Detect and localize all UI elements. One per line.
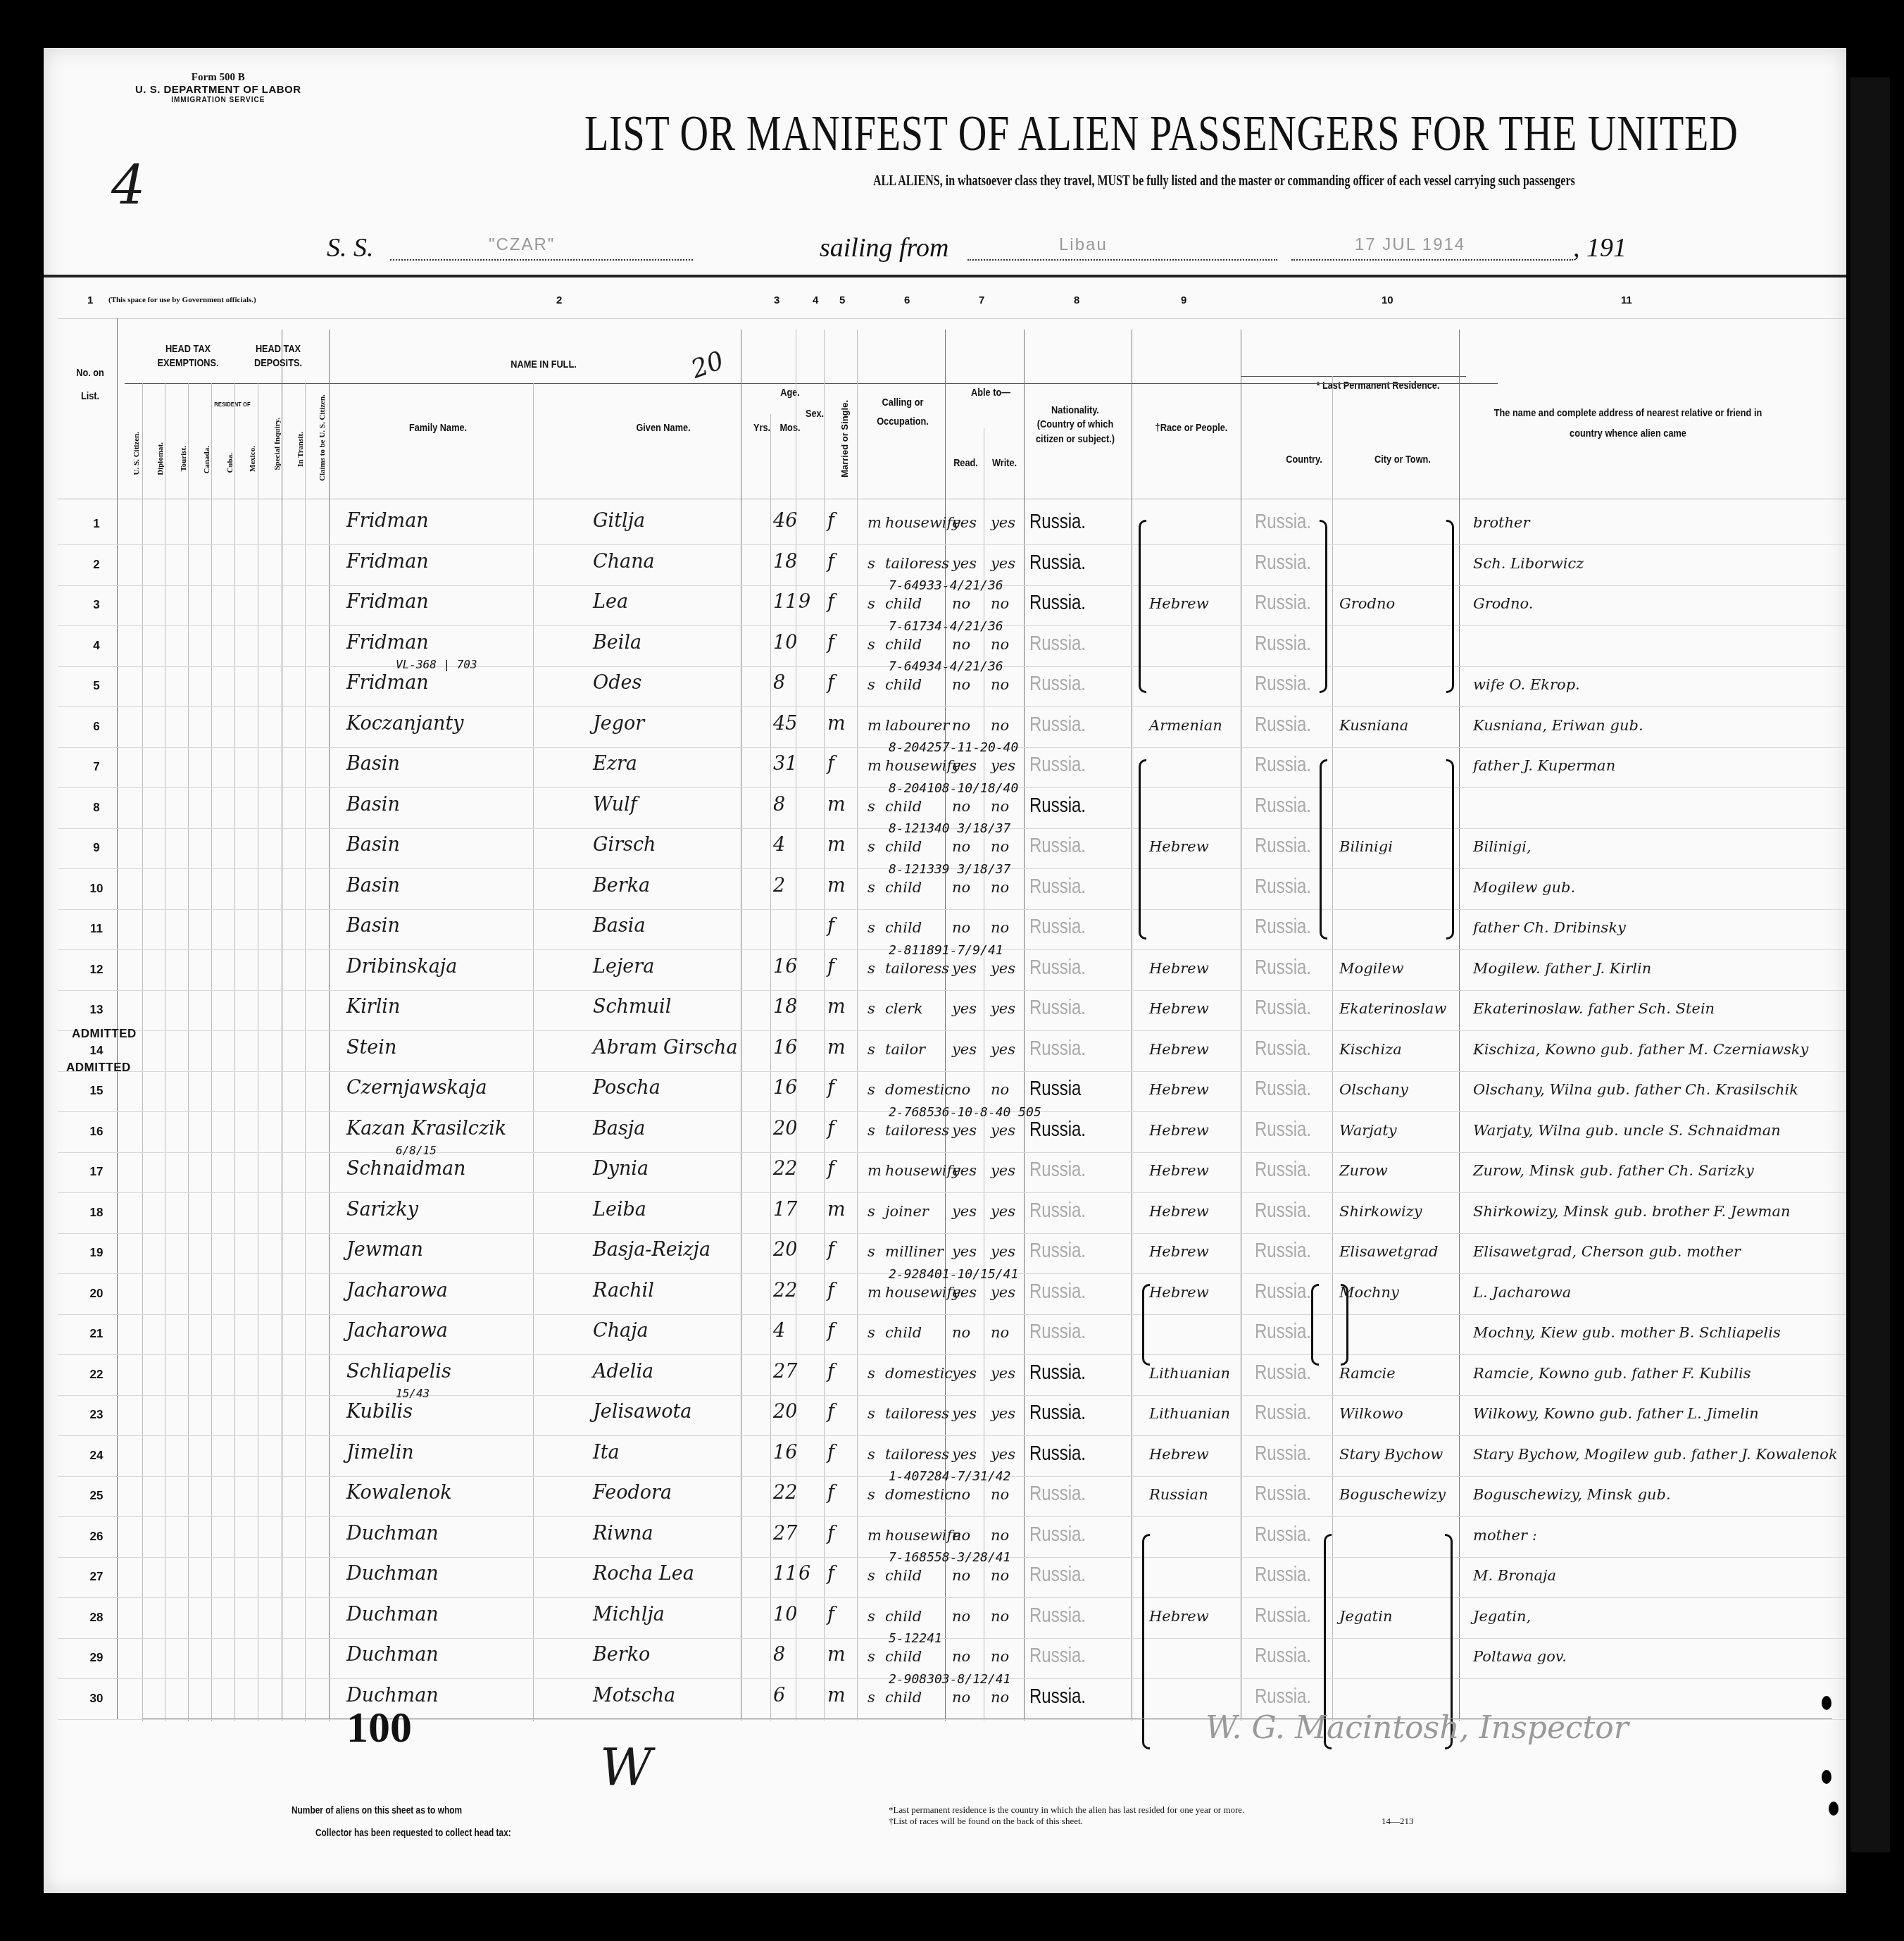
form-code: 14—213 (1382, 1816, 1414, 1827)
cell-nat: Russia. (1029, 591, 1086, 615)
cell-given: Odes (593, 672, 641, 694)
cell-read: yes (952, 1365, 977, 1382)
cell-given: Chana (593, 551, 655, 573)
cell-occ: tailoress (885, 1446, 949, 1463)
cell-sex: f (827, 551, 834, 573)
cell-city: Zurow (1339, 1162, 1388, 1179)
cell-no: 10 (82, 882, 111, 896)
cell-nat: Russia. (1029, 713, 1086, 737)
cell-annotation: 7-64933-4/21/36 (889, 578, 1003, 593)
header-claims-us-citizen: Claims to be U. S. Citizen. (318, 414, 327, 481)
cell-sex: f (827, 1280, 834, 1302)
cell-country: Russia. (1255, 996, 1311, 1020)
cell-occ: child (885, 1324, 922, 1341)
cell-sex: f (827, 1563, 834, 1585)
cell-yrs: 16 (773, 1077, 797, 1099)
cell-sex: m (827, 834, 846, 856)
cell-no: 5 (82, 679, 111, 693)
cell-nat: Russia. (1029, 1604, 1086, 1628)
cell-read: no (952, 676, 970, 693)
cell-family: Kubilis (346, 1401, 413, 1423)
cell-write: no (991, 838, 1009, 855)
cell-write: yes (991, 960, 1015, 977)
cell-yrs: 2 (773, 875, 785, 897)
cell-relative: Shirkowizy, Minsk gub. brother F. Jewman (1473, 1203, 1791, 1220)
cell-no: 26 (82, 1530, 111, 1544)
cell-sex: m (827, 1199, 846, 1221)
header-tourist: Tourist. (180, 446, 188, 472)
cell-country: Russia. (1255, 713, 1311, 737)
initials-mark: W (600, 1738, 652, 1797)
cell-write: yes (991, 1365, 1015, 1382)
cell-annotation: 2-908303-8/12/41 (889, 1672, 1010, 1687)
cell-race: Lithuanian (1149, 1405, 1230, 1422)
cell-write: no (991, 919, 1009, 936)
cell-city: Kusniana (1339, 717, 1408, 734)
cell-relative: father Ch. Dribinsky (1473, 919, 1626, 936)
cell-read: no (952, 1567, 970, 1584)
admitted-stamp-14: ADMITTED (72, 1027, 137, 1041)
cell-race: Hebrew (1149, 1608, 1209, 1625)
cell-city: Warjaty (1339, 1122, 1397, 1139)
cell-nat: Russia. (1029, 1644, 1086, 1668)
cell-given: Ezra (593, 753, 637, 775)
cell-sex: f (827, 1158, 834, 1180)
cell-ms: s (868, 636, 875, 653)
header-city: City or Town. (1361, 453, 1445, 467)
cell-read: yes (952, 1000, 977, 1017)
cell-relative: Olschany, Wilna gub. father Ch. Krasilsc… (1473, 1081, 1798, 1098)
cell-ms: s (868, 1081, 875, 1098)
cell-nat: Russia. (1029, 632, 1086, 656)
cell-no: 6 (82, 720, 111, 734)
table-row: 22SchliapelisAdelia27fsdomesticyesyesRus… (44, 1356, 1846, 1396)
cell-nat: Russia (1029, 1077, 1081, 1101)
cell-write: no (991, 595, 1009, 612)
cell-family: Jewman (346, 1239, 423, 1261)
cell-relative: L. Jacharowa (1473, 1284, 1571, 1301)
cell-given: Leiba (593, 1199, 646, 1221)
footnote-races: †List of races will be found on the back… (889, 1816, 1083, 1827)
cell-annotation: 7-168558-3/28/41 (889, 1550, 1010, 1565)
cell-nat: Russia. (1029, 1320, 1086, 1344)
cell-ms: m (868, 514, 882, 531)
cell-sex: m (827, 1644, 846, 1666)
cell-sex: f (827, 1077, 834, 1099)
cell-sex: m (827, 1685, 846, 1706)
cell-relative: Elisawetgrad, Cherson gub. mother (1473, 1243, 1741, 1260)
cell-yrs: 20 (773, 1401, 797, 1423)
table-row: 1FridmanGitlja46fmhousewifeyesyesRussia.… (44, 506, 1846, 545)
cell-yrs: 6 (773, 1685, 785, 1706)
cell-no: 28 (82, 1611, 111, 1625)
cell-sex: m (827, 996, 846, 1018)
cell-city: Boguschewizy (1339, 1486, 1446, 1503)
sailing-line: S. S. "CZAR" sailing from Libau 17 JUL 1… (327, 232, 1841, 266)
cell-relative: Kischiza, Kowno gub. father M. Czerniaws… (1473, 1041, 1808, 1058)
date-stamp: 17 JUL 1914 (1355, 235, 1465, 255)
ss-label: S. S. (327, 232, 374, 263)
total-mark: 100 (346, 1703, 412, 1753)
cell-no: 4 (82, 639, 111, 653)
cell-sex: f (827, 632, 834, 654)
cell-write: no (991, 798, 1009, 815)
header-mos: Mos. (778, 421, 802, 435)
cell-no: 12 (82, 963, 111, 977)
table-row: 23KubilisJelisawota20fstailoressyesyesRu… (44, 1397, 1846, 1436)
cell-ms: s (868, 1324, 875, 1341)
cell-relative: brother (1473, 514, 1530, 531)
cell-family: Basin (346, 875, 400, 897)
cell-race: Hebrew (1149, 1446, 1209, 1463)
cell-given: Michlja (593, 1604, 665, 1625)
cell-family: Sarizky (346, 1199, 418, 1221)
cell-nat: Russia. (1029, 551, 1086, 575)
cell-relative: Zurow, Minsk gub. father Ch. Sarizky (1473, 1162, 1754, 1179)
cell-annotation: 2-928401-10/15/41 (889, 1267, 1018, 1282)
cell-given: Ita (593, 1442, 620, 1463)
cell-yrs: 18 (773, 551, 797, 573)
cell-nat: Russia. (1029, 1442, 1086, 1466)
cell-yrs: 10 (773, 632, 797, 654)
cell-country: Russia. (1255, 956, 1311, 980)
cell-read: yes (952, 1041, 977, 1058)
header-sex: Sex. (803, 407, 827, 421)
form-number: Form 500 B (135, 72, 301, 84)
header-race: †Race or People. (1150, 421, 1234, 435)
cell-country: Russia. (1255, 1644, 1311, 1668)
punch-hole (1822, 1696, 1831, 1710)
government-use-note: (This space for use by Government offici… (108, 296, 256, 304)
cell-ms: s (868, 1689, 875, 1706)
cell-city: Grodno (1339, 595, 1395, 612)
cell-country: Russia. (1255, 875, 1311, 899)
cell-city: Kischiza (1339, 1041, 1402, 1058)
cell-nat: Russia. (1029, 996, 1086, 1020)
cell-ms: s (868, 1243, 875, 1260)
cell-country: Russia. (1255, 1037, 1311, 1061)
cell-given: Berko (593, 1644, 650, 1666)
cell-side-note: 6/8/15 (396, 1144, 437, 1157)
cell-yrs: 18 (773, 996, 797, 1018)
brace-race-group-1 (1139, 520, 1146, 693)
cell-relative: Grodno. (1473, 595, 1533, 612)
cell-country: Russia. (1255, 1523, 1311, 1547)
table-row: 13KirlinSchmuil18msclerkyesyesRussia.Heb… (44, 992, 1846, 1031)
header-canada: Canada. (203, 446, 211, 473)
cell-write: yes (991, 1000, 1015, 1017)
header-country: Country. (1268, 453, 1340, 467)
cell-read: no (952, 717, 970, 734)
cell-ms: s (868, 838, 875, 855)
cell-ms: s (868, 1000, 875, 1017)
cell-nat: Russia. (1029, 1239, 1086, 1263)
cell-race: Hebrew (1149, 1081, 1209, 1098)
cell-yrs: 10 (773, 1604, 797, 1625)
cell-given: Rachil (593, 1280, 654, 1302)
cell-yrs: 16 (773, 1442, 797, 1463)
cell-country: Russia. (1255, 672, 1311, 696)
cell-no: 15 (82, 1084, 111, 1098)
cell-nat: Russia. (1029, 875, 1086, 899)
cell-family: Fridman (346, 551, 429, 573)
cell-read: yes (952, 555, 977, 572)
head-tax-note-line2: Collector has been requested to collect … (315, 1827, 511, 1838)
cell-occ: tailoress (885, 1122, 949, 1139)
cell-write: no (991, 717, 1009, 734)
header-cuba: Cuba. (226, 453, 234, 473)
ship-name: "CZAR" (489, 235, 555, 255)
cell-annotation: 8-204257-11-20-40 (889, 740, 1018, 755)
cell-country: Russia. (1255, 632, 1311, 656)
cell-sex: f (827, 1482, 834, 1504)
cell-ms: s (868, 1446, 875, 1463)
cell-family: Duchman (346, 1604, 439, 1625)
header-divider (44, 275, 1846, 277)
cell-occ: domestic (885, 1081, 953, 1098)
cell-race: Hebrew (1149, 1122, 1209, 1139)
cell-given: Jegor (593, 713, 644, 735)
cell-read: no (952, 879, 970, 896)
cell-write: yes (991, 757, 1015, 774)
cell-occ: child (885, 838, 922, 855)
cell-write: yes (991, 555, 1015, 572)
header-us-citizen: U. S. Citizen. (132, 432, 141, 475)
cell-annotation: 7-64934-4/21/36 (889, 659, 1003, 674)
cell-country: Russia. (1255, 794, 1311, 818)
cell-yrs: 16 (773, 1037, 797, 1059)
cell-given: Girsch (593, 834, 656, 856)
cell-country: Russia. (1255, 591, 1311, 615)
cell-family: Duchman (346, 1563, 439, 1585)
cell-yrs: 11 (773, 591, 797, 613)
cell-occ: child (885, 879, 922, 896)
header-nationality: Nationality. (Country of which citizen o… (1034, 404, 1117, 447)
cell-read: yes (952, 1162, 977, 1179)
cell-write: yes (991, 1284, 1015, 1301)
cell-ms: s (868, 1405, 875, 1422)
cell-occ: child (885, 1567, 922, 1584)
cell-occ: tailoress (885, 960, 949, 977)
cell-city: Elisawetgrad (1339, 1243, 1438, 1260)
cell-sex: f (827, 510, 834, 532)
cell-family: Jimelin (346, 1442, 414, 1463)
cell-ms: m (868, 1527, 882, 1544)
cell-country: Russia. (1255, 1442, 1311, 1466)
cell-write: yes (991, 1446, 1015, 1463)
cell-given: Gitlja (593, 510, 645, 532)
cell-no: 11 (82, 922, 111, 936)
cell-country: Russia. (1255, 753, 1311, 777)
cell-write: yes (991, 1041, 1015, 1058)
cell-race: Armenian (1149, 717, 1222, 734)
cell-no: 2 (82, 558, 111, 572)
cell-read: yes (952, 514, 977, 531)
brace-city-group-1 (1446, 520, 1454, 693)
cell-occ: child (885, 919, 922, 936)
cell-yrs: 45 (773, 713, 797, 735)
cell-family: Kirlin (346, 996, 400, 1018)
header-write: Write. (988, 456, 1021, 470)
brace-city-group-3-left (1311, 1284, 1319, 1366)
brace-race-group-4 (1142, 1534, 1150, 1749)
header-last-residence: * Last Permanent Residence. (1303, 379, 1453, 393)
cell-yrs: 31 (773, 753, 797, 775)
cell-family: Fridman (346, 632, 429, 654)
page-title: LIST OR MANIFEST OF ALIEN PASSENGERS FOR… (584, 104, 1738, 163)
cell-family: Schliapelis (346, 1361, 451, 1383)
punch-hole (1829, 1802, 1839, 1816)
cell-annotation: 2-811891-7/9/41 (889, 943, 1003, 958)
cell-nat: Russia. (1029, 1118, 1086, 1142)
cell-write: no (991, 676, 1009, 693)
header-read: Read. (949, 456, 982, 470)
cell-no: 7 (82, 760, 111, 774)
scan-border (1850, 77, 1890, 1852)
cell-read: no (952, 636, 970, 653)
header-name-in-full: NAME IN FULL. (454, 358, 634, 372)
table-row: 17SchnaidmanDynia22fmhousewifeyesyesRuss… (44, 1154, 1846, 1193)
cell-ms: s (868, 1365, 875, 1382)
cell-nat: Russia. (1029, 1482, 1086, 1506)
cell-read: no (952, 595, 970, 612)
cell-sex: f (827, 591, 834, 613)
form-identifier: Form 500 B U. S. DEPARTMENT OF LABOR IMM… (135, 72, 301, 104)
cell-relative: Warjaty, Wilna gub. uncle S. Schnaidman (1473, 1122, 1781, 1139)
cell-write: no (991, 1648, 1009, 1665)
cell-relative: Bilinigi, (1473, 838, 1532, 855)
cell-yrs: 16 (773, 956, 797, 978)
cell-given: Rocha Lea (593, 1563, 694, 1585)
cell-sex: f (827, 672, 834, 694)
cell-mos: 9 (798, 591, 810, 613)
cell-no: 1 (82, 517, 111, 531)
cell-nat: Russia. (1029, 915, 1086, 939)
cell-ms: s (868, 919, 875, 936)
cell-race: Hebrew (1149, 838, 1209, 855)
cell-no: 30 (82, 1692, 111, 1706)
cell-no: 21 (82, 1327, 111, 1341)
cell-occ: child (885, 1608, 922, 1625)
cell-annotation: 8-121340 3/18/37 (889, 821, 1010, 836)
cell-relative: Kusniana, Eriwan gub. (1473, 717, 1643, 734)
cell-family: Duchman (346, 1523, 439, 1544)
date-underline (1291, 259, 1573, 261)
cell-ms: s (868, 595, 875, 612)
cell-relative: Boguschewizy, Minsk gub. (1473, 1486, 1671, 1503)
cell-relative: Mogilew. father J. Kirlin (1473, 960, 1651, 977)
cell-nat: Russia. (1029, 1563, 1086, 1587)
cell-read: yes (952, 1446, 977, 1463)
cell-country: Russia. (1255, 1077, 1311, 1101)
table-row: 12DribinskajaLejera16fstailoressyesyesRu… (44, 951, 1846, 991)
brace-city-group-2 (1446, 759, 1454, 940)
cell-read: yes (952, 1243, 977, 1260)
cell-no: 3 (82, 598, 111, 612)
cell-nat: Russia. (1029, 956, 1086, 980)
cell-given: Lejera (593, 956, 654, 978)
cell-ms: s (868, 879, 875, 896)
cell-family: Kazan Krasilczik (346, 1118, 506, 1140)
cell-write: yes (991, 1122, 1015, 1139)
cell-occ: housewife (885, 1284, 961, 1301)
brace-country-group-1 (1320, 520, 1327, 693)
cell-sex: f (827, 753, 834, 775)
cell-no: 25 (82, 1489, 111, 1503)
table-row: 20JacharowaRachil22fmhousewifeyesyesRuss… (44, 1275, 1846, 1315)
table-row: 21JacharowaChaja4fschildnonoRussia.Russi… (44, 1316, 1846, 1355)
cell-city: Wilkowo (1339, 1405, 1403, 1422)
cell-occ: labourer (885, 717, 949, 734)
header-calling: Calling or Occupation. (873, 393, 933, 431)
cell-sex: f (827, 1604, 834, 1625)
cell-ms: s (868, 676, 875, 693)
cell-city: Mogilew (1339, 960, 1403, 977)
cell-write: yes (991, 1243, 1015, 1260)
header-annotation: 20 (687, 346, 727, 384)
brace-city-group-2-left (1320, 759, 1327, 940)
cell-sex: m (827, 1037, 846, 1059)
cell-no: 17 (82, 1165, 111, 1179)
table-row: 5FridmanOdes8fschildnonoRussia.Russia.wi… (44, 668, 1846, 707)
cell-nat: Russia. (1029, 834, 1086, 858)
cell-no: 13 (82, 1003, 111, 1017)
header-diplomat: Diplomat. (156, 442, 165, 475)
cell-nat: Russia. (1029, 753, 1086, 777)
header-able-to: Able to— (958, 386, 1024, 400)
cell-nat: Russia. (1029, 672, 1086, 696)
cell-annotation: 2-768536-10-8-40 505 (889, 1105, 1041, 1120)
cell-no: 18 (82, 1206, 111, 1220)
service-name: IMMIGRATION SERVICE (135, 96, 301, 105)
cell-sex: f (827, 1523, 834, 1544)
departure-port: Libau (1059, 235, 1108, 255)
cell-ms: m (868, 717, 882, 734)
cell-city: Ramcie (1339, 1365, 1396, 1382)
cell-country: Russia. (1255, 1563, 1311, 1587)
cell-race: Hebrew (1149, 595, 1209, 612)
cell-nat: Russia. (1029, 794, 1086, 818)
year-suffix: , 191 (1573, 232, 1627, 263)
cell-ms: s (868, 1567, 875, 1584)
cell-ms: s (868, 798, 875, 815)
cell-sex: f (827, 1239, 834, 1261)
cell-relative: Ekaterinoslaw. father Sch. Stein (1473, 1000, 1715, 1017)
cell-yrs: 22 (773, 1158, 797, 1180)
cell-family: Basin (346, 915, 400, 937)
header-mexico: Mexico. (249, 446, 257, 472)
cell-read: no (952, 1081, 970, 1098)
cell-city: Jegatin (1339, 1608, 1393, 1625)
cell-no: 16 (82, 1125, 111, 1139)
table-row: 10BasinBerka2mschildnonoRussia.Russia.Mo… (44, 870, 1846, 910)
cell-ms: s (868, 1486, 875, 1503)
cell-read: yes (952, 960, 977, 977)
cell-race: Hebrew (1149, 1203, 1209, 1220)
cell-family: Jacharowa (346, 1320, 448, 1342)
cell-occ: housewife (885, 1527, 961, 1544)
cell-read: no (952, 1648, 970, 1665)
cell-nat: Russia. (1029, 1523, 1086, 1547)
cell-sex: f (827, 915, 834, 937)
cell-relative: Wilkowy, Kowno gub. father L. Jimelin (1473, 1405, 1759, 1422)
cell-given: Jelisawota (593, 1401, 691, 1423)
sailing-from-label: sailing from (820, 232, 948, 263)
brace-race-group-2 (1139, 759, 1146, 940)
cell-relative: Ramcie, Kowno gub. father F. Kubilis (1473, 1365, 1751, 1382)
cell-occ: clerk (885, 1000, 923, 1017)
cell-relative: Mogilew gub. (1473, 879, 1575, 896)
